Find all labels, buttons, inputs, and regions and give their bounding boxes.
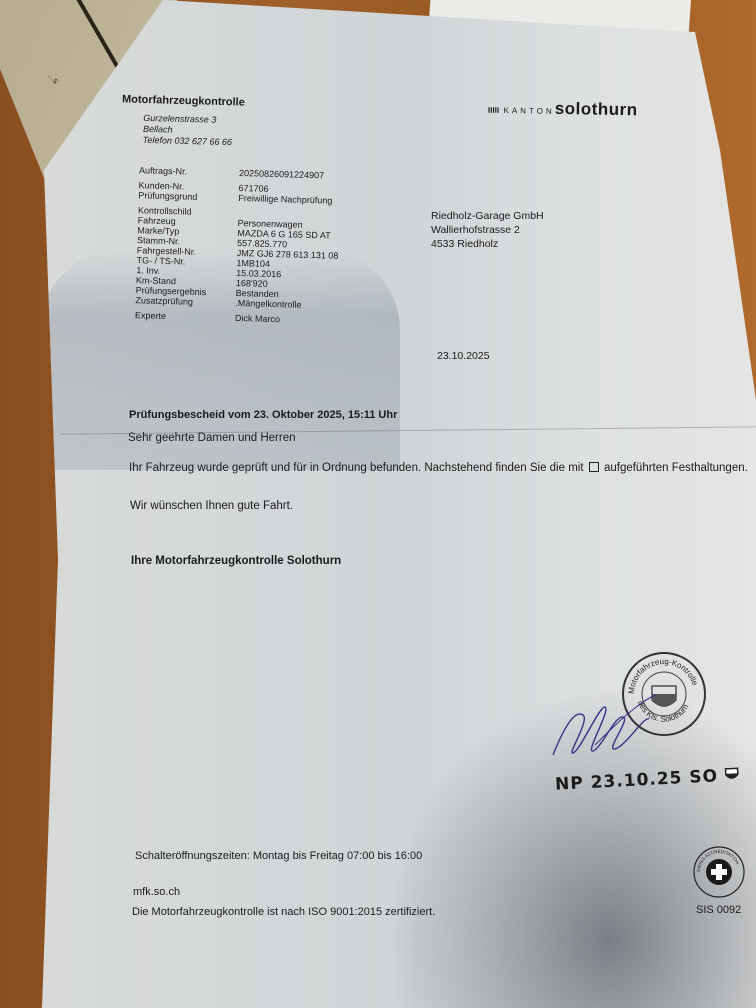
- recipient-city: 4533 Riedholz: [431, 237, 544, 251]
- opening-hours: Schalteröffnungszeiten: Montag bis Freit…: [135, 850, 422, 862]
- recipient-name: Riedholz-Garage GmbH: [431, 209, 544, 223]
- signature: [545, 685, 665, 765]
- sender-phone: Telefon 032 627 66 66: [143, 135, 233, 148]
- recipient-street: Wallierhofstrasse 2: [431, 223, 544, 237]
- envelope-text: ...s: [45, 70, 60, 86]
- sender-organization: Motorfahrzeugkontrolle: [122, 93, 245, 108]
- accreditation-code: SIS 0092: [696, 904, 741, 916]
- shield-icon: [725, 767, 740, 782]
- letter-page: Motorfahrzeugkontrolle Gurzelenstrasse 3…: [0, 0, 756, 1008]
- sender-address: Gurzelenstrasse 3 Bellach Telefon 032 62…: [143, 113, 233, 148]
- logo-name: solothurn: [555, 99, 638, 119]
- website-link[interactable]: mfk.so.ch: [133, 886, 180, 898]
- inspection-details: Auftrags-Nr.20250826091224907 Kunden-Nr.…: [135, 165, 341, 326]
- recipient-address: Riedholz-Garage GmbH Wallierhofstrasse 2…: [431, 209, 544, 251]
- letter-date: 23.10.2025: [437, 350, 490, 362]
- date-stamp: NP 23.10.25 SO: [555, 765, 740, 795]
- logo-bars: IIIII: [488, 106, 499, 115]
- letter-greeting: Sehr geehrte Damen und Herren: [128, 432, 296, 444]
- letter-closing: Ihre Motorfahrzeugkontrolle Solothurn: [131, 555, 341, 567]
- iso-certification: Die Motorfahrzeugkontrolle ist nach ISO …: [132, 906, 435, 918]
- letter-paragraph: Wir wünschen Ihnen gute Fahrt.: [130, 500, 293, 512]
- letter-subject: Prüfungsbescheid vom 23. Oktober 2025, 1…: [129, 409, 397, 421]
- canton-logo: IIIII KANTONsolothurn: [488, 98, 638, 121]
- logo-kanton: KANTON: [503, 106, 554, 116]
- checkbox-icon: [589, 462, 599, 472]
- accreditation-badge: SWISS ACCREDITATION: [692, 845, 746, 899]
- letter-paragraph: Ihr Fahrzeug wurde geprüft und für in Or…: [129, 460, 749, 476]
